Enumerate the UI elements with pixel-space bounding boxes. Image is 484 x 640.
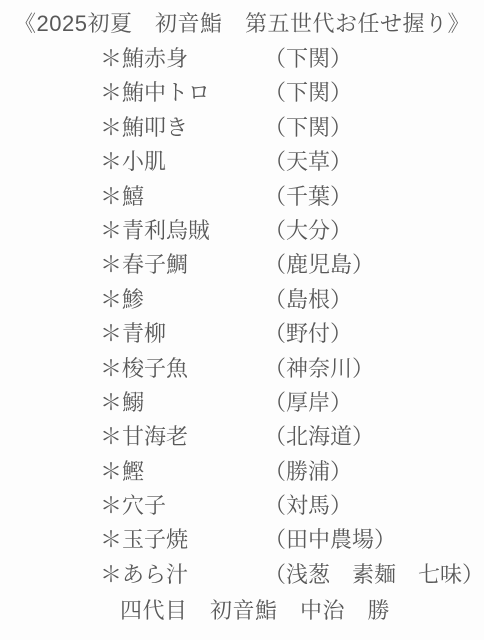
menu-item-row: ＊ 鱚 （千葉） — [0, 180, 484, 214]
item-bullet: ＊ — [100, 317, 122, 351]
item-origin: （浅葱 素麺 七味） — [264, 558, 484, 592]
item-name: 玉子焼 — [122, 523, 188, 557]
item-name: 甘海老 — [122, 420, 188, 454]
item-origin: （勝浦） — [264, 455, 352, 489]
menu-item-row: ＊ 青柳 （野付） — [0, 317, 484, 351]
item-name: 鮪赤身 — [122, 42, 188, 76]
item-name: 鯵 — [122, 283, 144, 317]
item-name: 鰹 — [122, 455, 144, 489]
page-title: 《2025初夏 初音鮨 第五世代お任せ握り》 — [0, 5, 484, 42]
item-name: 鮪中トロ — [122, 76, 210, 110]
item-origin: （下関） — [264, 42, 352, 76]
item-name: 青利烏賊 — [122, 214, 210, 248]
item-bullet: ＊ — [100, 420, 122, 454]
item-bullet: ＊ — [100, 214, 122, 248]
item-origin: （島根） — [264, 283, 352, 317]
item-name: 梭子魚 — [122, 352, 188, 386]
item-name: 鰯 — [122, 386, 144, 420]
item-bullet: ＊ — [100, 145, 122, 179]
menu-item-row: ＊ 鰯 （厚岸） — [0, 386, 484, 420]
menu-item-row: ＊ 青利烏賊 （大分） — [0, 214, 484, 248]
menu-item-row: ＊ 鰹 （勝浦） — [0, 455, 484, 489]
item-name: 鮪叩き — [122, 111, 188, 145]
item-bullet: ＊ — [100, 180, 122, 214]
item-bullet: ＊ — [100, 523, 122, 557]
menu-item-row: ＊ 鯵 （島根） — [0, 283, 484, 317]
item-bullet: ＊ — [100, 248, 122, 282]
item-origin: （大分） — [264, 214, 352, 248]
item-origin: （下関） — [264, 111, 352, 145]
item-origin: （北海道） — [264, 420, 374, 454]
item-bullet: ＊ — [100, 352, 122, 386]
item-origin: （千葉） — [264, 180, 352, 214]
menu-item-row: ＊ 鮪叩き （下関） — [0, 111, 484, 145]
item-name: 春子鯛 — [122, 248, 188, 282]
item-name: あら汁 — [122, 558, 188, 592]
item-origin: （対馬） — [264, 489, 352, 523]
menu-item-row: ＊ 玉子焼 （田中農場） — [0, 523, 484, 557]
item-origin: （神奈川） — [264, 352, 374, 386]
item-bullet: ＊ — [100, 42, 122, 76]
menu-item-row: ＊ 春子鯛 （鹿児島） — [0, 248, 484, 282]
item-origin: （下関） — [264, 76, 352, 110]
item-bullet: ＊ — [100, 111, 122, 145]
menu-item-row: ＊ あら汁 （浅葱 素麺 七味） — [0, 558, 484, 592]
item-origin: （鹿児島） — [264, 248, 374, 282]
signature-line: 四代目 初音鮨 中治 勝 — [0, 592, 484, 629]
item-bullet: ＊ — [100, 558, 122, 592]
item-bullet: ＊ — [100, 455, 122, 489]
menu-item-row: ＊ 穴子 （対馬） — [0, 489, 484, 523]
item-bullet: ＊ — [100, 386, 122, 420]
item-name: 青柳 — [122, 317, 166, 351]
item-name: 小肌 — [122, 145, 166, 179]
menu-item-row: ＊ 小肌 （天草） — [0, 145, 484, 179]
menu-page: 《2025初夏 初音鮨 第五世代お任せ握り》 ＊ 鮪赤身 （下関） ＊ 鮪中トロ… — [0, 0, 484, 640]
item-name: 鱚 — [122, 180, 144, 214]
menu-item-row: ＊ 梭子魚 （神奈川） — [0, 352, 484, 386]
item-origin: （野付） — [264, 317, 352, 351]
item-origin: （田中農場） — [264, 523, 396, 557]
item-bullet: ＊ — [100, 283, 122, 317]
item-origin: （天草） — [264, 145, 352, 179]
item-origin: （厚岸） — [264, 386, 352, 420]
menu-list: ＊ 鮪赤身 （下関） ＊ 鮪中トロ （下関） ＊ 鮪叩き （下関） ＊ 小肌 （… — [0, 42, 484, 592]
menu-item-row: ＊ 鮪中トロ （下関） — [0, 76, 484, 110]
item-name: 穴子 — [122, 489, 166, 523]
menu-item-row: ＊ 鮪赤身 （下関） — [0, 42, 484, 76]
item-bullet: ＊ — [100, 489, 122, 523]
menu-item-row: ＊ 甘海老 （北海道） — [0, 420, 484, 454]
item-bullet: ＊ — [100, 76, 122, 110]
